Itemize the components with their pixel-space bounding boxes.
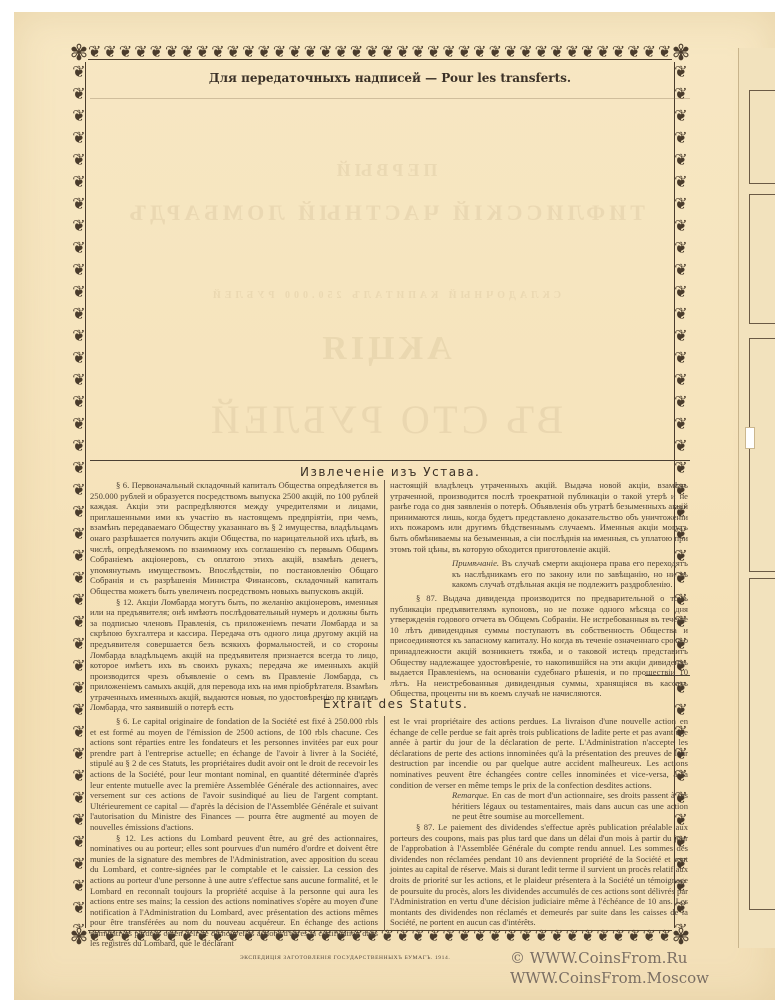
- note-label: Remarque.: [452, 790, 489, 800]
- corner-ornament-icon: ✾: [668, 40, 694, 66]
- french-paragraph-12: § 12. Les actions du Lombard peuvent êtr…: [90, 833, 378, 950]
- russian-paragraph-12: § 12. Акціи Ломбарда могутъ быть, по жел…: [90, 597, 378, 714]
- corner-ornament-icon: ✾: [668, 924, 694, 950]
- printer-imprint: ЭКСПЕДИЦІЯ ЗАГОТОВЛЕНІЯ ГОСУДАРСТВЕННЫХЪ…: [240, 955, 450, 961]
- transfers-heading: Для передаточныхъ надписей — Pour les tr…: [90, 71, 690, 85]
- french-left-column: § 6. Le capital originaire de fondation …: [90, 716, 378, 949]
- french-paragraph-87: § 87. Le paiement des dividendes s'effec…: [390, 822, 688, 928]
- russian-left-column: § 6. Первоначальный складочный капиталъ …: [90, 480, 378, 713]
- watermark-line-2: WWW.CoinsFrom.Moscow: [510, 970, 709, 987]
- coupon-box: [749, 194, 775, 324]
- french-section-title: Extrait des Statuts.: [323, 697, 468, 711]
- section-rule-short: [645, 675, 690, 676]
- ornament-border-left: ❦❦❦❦❦❦❦❦❦❦❦❦❦❦❦❦❦❦❦❦❦❦❦❦❦❦❦❦❦❦❦❦❦❦❦❦❦❦❦❦…: [68, 62, 90, 928]
- watermark-line-1: © WWW.CoinsFrom.Ru: [510, 950, 687, 967]
- russian-paragraph-12-cont: настоящій владѣлецъ утраченныхъ акцій. В…: [390, 480, 688, 554]
- coupon-box: [749, 338, 775, 572]
- note-label: Примѣчаніе.: [452, 558, 499, 568]
- coupon-box: [749, 90, 775, 184]
- french-right-column: est le vrai propriétaire des actions per…: [390, 716, 688, 928]
- french-paragraph-12-cont: est le vrai propriétaire des actions per…: [390, 716, 688, 790]
- adjacent-coupon-strip: [738, 48, 775, 948]
- russian-right-column: настоящій владѣлецъ утраченныхъ акцій. В…: [390, 480, 688, 699]
- coupon-box: [749, 578, 775, 910]
- spacer: [90, 680, 290, 681]
- corner-ornament-icon: ✾: [66, 924, 92, 950]
- french-note: Remarque. En cas de mort d'un actionnair…: [390, 790, 688, 822]
- corner-ornament-icon: ✾: [66, 40, 92, 66]
- column-divider: [384, 716, 385, 931]
- russian-paragraph-6: § 6. Первоначальный складочный капиталъ …: [90, 480, 378, 597]
- ornament-border-top: ❦❦❦❦❦❦❦❦❦❦❦❦❦❦❦❦❦❦❦❦❦❦❦❦❦❦❦❦❦❦❦❦❦❦❦❦❦❦❦❦: [88, 42, 672, 64]
- transfers-divider: [90, 98, 690, 99]
- section-rule: [90, 460, 690, 461]
- paper-tear: [745, 427, 755, 449]
- french-paragraph-6: § 6. Le capital originaire de fondation …: [90, 716, 378, 833]
- russian-paragraph-87: § 87. Выдача дивиденда производится по п…: [390, 593, 688, 699]
- russian-note: Примѣчаніе. Въ случаѣ смерти акціонера п…: [390, 558, 688, 590]
- russian-section-title: Извлеченіе изъ Устава.: [300, 465, 480, 479]
- column-divider: [384, 480, 385, 680]
